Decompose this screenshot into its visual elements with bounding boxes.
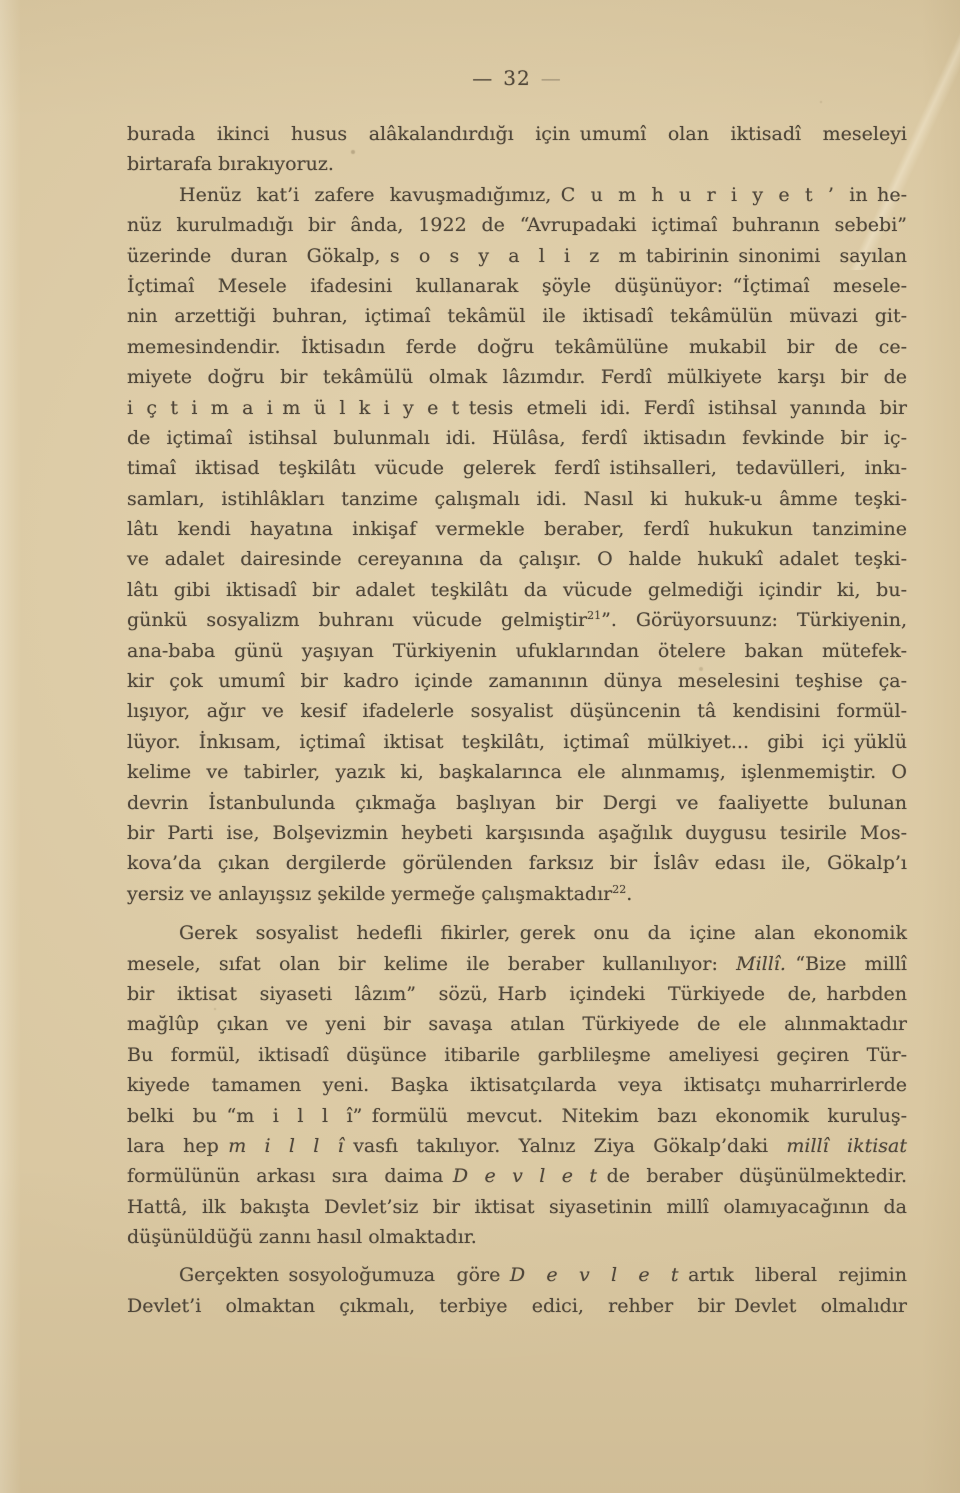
text-line: devrin İstanbulunda çıkmağa başlıyan bir… — [127, 788, 907, 818]
footnote-reference: 21 — [587, 609, 601, 622]
text-line: memesindendir. İktisadın ferde doğru tek… — [127, 332, 907, 362]
text-segment: yersiz ve anlayışsız şekilde yermeğe çal… — [127, 883, 612, 905]
text-line: bir iktisat siyaseti lâzım” sözü, Harb i… — [127, 979, 907, 1009]
text-segment: miyete doğru bir tekâmülü olmak lâzımdır… — [127, 366, 907, 388]
text-line: düşünüldüğü zannı hasıl olmaktadır. — [127, 1222, 907, 1252]
text-segment: ”. Görüyorsuunz: Türkiyenin, — [601, 609, 907, 631]
text-line: Gerçekten sosyoloğumuza göre D e v l e t… — [127, 1260, 907, 1290]
text-segment: memesindendir. İktisadın ferde doğru tek… — [127, 336, 907, 358]
text-segment: birtarafa bırakıyoruz. — [127, 153, 334, 175]
text-line: de içtimaî istihsal bulunmalı idi. Hülâs… — [127, 423, 907, 453]
text-line: Gerek sosyalist hedefli fikirler, gerek … — [127, 918, 907, 948]
text-segment: belki bu “m i l l î” formülü mevcut. Nit… — [127, 1105, 907, 1127]
text-segment: timaî iktisad teşkilâtı vücude gelerek f… — [127, 457, 907, 479]
text-segment: kiyede tamamen yeni. Başka iktisatçılard… — [127, 1074, 907, 1096]
text-segment: lâtı kendi hayatına inkişaf vermekle ber… — [127, 518, 907, 540]
text-segment: düşünüldüğü zannı hasıl olmaktadır. — [127, 1226, 477, 1248]
text-line: samları, istihlâkları tanzime çalışmalı … — [127, 484, 907, 514]
text-segment: millî iktisat — [786, 1135, 907, 1157]
text-segment: de beraber düşünülmektedir. — [597, 1165, 907, 1187]
paragraph: Henüz kat’i zafere kavuşmadığımız, C u m… — [127, 180, 907, 909]
text-line: belki bu “m i l l î” formülü mevcut. Nit… — [127, 1101, 907, 1131]
text-segment: mağlûp çıkan ve yeni bir savaşa atılan T… — [127, 1013, 907, 1035]
text-segment: Henüz kat’i zafere kavuşmadığımız, C u m… — [179, 184, 907, 206]
page-number-dash-left: — — [472, 66, 493, 90]
text-line: ana-baba günü yaşıyan Türkiyenin ufuklar… — [127, 636, 907, 666]
text-segment: bir iktisat siyaseti lâzım” sözü, Harb i… — [127, 983, 907, 1005]
text-line: burada ikinci husus alâkalandırdığı için… — [127, 119, 907, 149]
text-segment: nüz kurulmadığı bir ânda, 1922 de “Avrup… — [127, 214, 907, 236]
text-segment: vasfı takılıyor. Yalnız Ziya Gökalp’daki — [344, 1135, 787, 1157]
text-line: kova’da çıkan dergilerde görülenden fark… — [127, 848, 907, 878]
text-line: lâtı kendi hayatına inkişaf vermekle ber… — [127, 514, 907, 544]
body-text: burada ikinci husus alâkalandırdığı için… — [127, 119, 907, 1321]
text-segment: formülünün arkası sıra daima — [127, 1165, 453, 1187]
text-segment: nin arzettiği buhran, içtimaî tekâmül il… — [127, 305, 907, 327]
text-line: İçtimaî Mesele ifadesini kullanarak şöyl… — [127, 271, 907, 301]
paragraph: Gerek sosyalist hedefli fikirler, gerek … — [127, 918, 907, 1252]
text-line: nüz kurulmadığı bir ânda, 1922 de “Avrup… — [127, 210, 907, 240]
page-number-value: 32 — [493, 66, 540, 90]
scanned-book-page: —32— burada ikinci husus alâkalandırdığı… — [0, 0, 960, 1493]
text-line: yersiz ve anlayışsız şekilde yermeğe çal… — [127, 879, 907, 909]
text-segment: “Bize millî — [786, 953, 907, 975]
text-segment: kova’da çıkan dergilerde görülenden fark… — [127, 852, 907, 874]
text-segment: Bu formül, iktisadî düşünce itibarile ga… — [127, 1044, 907, 1066]
text-segment: Gerek sosyalist hedefli fikirler, gerek … — [179, 922, 907, 944]
text-segment: samları, istihlâkları tanzime çalışmalı … — [127, 488, 907, 510]
text-line: bir Parti ise, Bolşevizmin heybeti karşı… — [127, 818, 907, 848]
text-line: Henüz kat’i zafere kavuşmadığımız, C u m… — [127, 180, 907, 210]
text-segment: m i l l î — [228, 1135, 343, 1157]
text-segment: kelime ve tabirler, yazık ki, başkaların… — [127, 761, 907, 783]
text-line: mesele, sıfat olan bir kelime ile berabe… — [127, 949, 907, 979]
text-segment: D e v l e t — [453, 1165, 597, 1187]
text-segment: Hattâ, ilk bakışta Devlet’siz bir iktisa… — [127, 1196, 907, 1218]
text-segment: Millî. — [736, 953, 786, 975]
footnote-reference: 22 — [612, 883, 626, 896]
text-segment: i ç t i m a i m ü l k i y e t tesis etme… — [127, 397, 907, 419]
text-segment: kir çok umumî bir kadro içinde zamanının… — [127, 670, 907, 692]
page-number-dash-right: — — [541, 66, 562, 90]
text-line: formülünün arkası sıra daima D e v l e t… — [127, 1161, 907, 1191]
paragraph: Gerçekten sosyoloğumuza göre D e v l e t… — [127, 1260, 907, 1321]
text-segment: . — [626, 883, 632, 905]
text-segment: artık liberal rejimin — [679, 1264, 907, 1286]
paper-speckles — [0, 0, 2, 2]
text-segment: üzerinde duran Gökalp, s o s y a l i z m… — [127, 245, 907, 267]
text-segment: ana-baba günü yaşıyan Türkiyenin ufuklar… — [127, 640, 907, 662]
text-segment: lüyor. İnkısam, içtimaî iktisat teşkilât… — [127, 731, 907, 753]
text-segment: lara hep — [127, 1135, 228, 1157]
text-segment: Devlet’i olmaktan çıkmalı, terbiye edici… — [127, 1295, 907, 1317]
text-segment: burada ikinci husus alâkalandırdığı için… — [127, 123, 907, 145]
text-line: Bu formül, iktisadî düşünce itibarile ga… — [127, 1040, 907, 1070]
text-segment: lışıyor, ağır ve kesif ifadelerle sosyal… — [127, 700, 907, 722]
text-line: kelime ve tabirler, yazık ki, başkaların… — [127, 757, 907, 787]
text-line: i ç t i m a i m ü l k i y e t tesis etme… — [127, 393, 907, 423]
text-line: ve adalet dairesinde cereyanına da çalış… — [127, 544, 907, 574]
text-line: lüyor. İnkısam, içtimaî iktisat teşkilât… — [127, 727, 907, 757]
text-line: birtarafa bırakıyoruz. — [127, 149, 907, 179]
text-line: miyete doğru bir tekâmülü olmak lâzımdır… — [127, 362, 907, 392]
text-segment: D e v l e t — [510, 1264, 679, 1286]
text-line: timaî iktisad teşkilâtı vücude gelerek f… — [127, 453, 907, 483]
page-number: —32— — [127, 66, 907, 90]
text-line: günkü sosyalizm buhranı vücude gelmiştir… — [127, 605, 907, 635]
text-segment: ve adalet dairesinde cereyanına da çalış… — [127, 548, 907, 570]
text-line: kiyede tamamen yeni. Başka iktisatçılard… — [127, 1070, 907, 1100]
text-line: üzerinde duran Gökalp, s o s y a l i z m… — [127, 241, 907, 271]
text-segment: Gerçekten sosyoloğumuza göre — [179, 1264, 510, 1286]
text-segment: bir Parti ise, Bolşevizmin heybeti karşı… — [127, 822, 907, 844]
text-segment: mesele, sıfat olan bir kelime ile berabe… — [127, 953, 736, 975]
paragraph: burada ikinci husus alâkalandırdığı için… — [127, 119, 907, 180]
text-line: nin arzettiği buhran, içtimaî tekâmül il… — [127, 301, 907, 331]
text-segment: de içtimaî istihsal bulunmalı idi. Hülâs… — [127, 427, 907, 449]
text-segment: devrin İstanbulunda çıkmağa başlıyan bir… — [127, 792, 907, 814]
text-line: kir çok umumî bir kadro içinde zamanının… — [127, 666, 907, 696]
text-line: Devlet’i olmaktan çıkmalı, terbiye edici… — [127, 1291, 907, 1321]
text-segment: günkü sosyalizm buhranı vücude gelmiştir — [127, 609, 587, 631]
text-line: lâtı gibi iktisadî bir adalet teşkilâtı … — [127, 575, 907, 605]
text-line: Hattâ, ilk bakışta Devlet’siz bir iktisa… — [127, 1192, 907, 1222]
text-line: lara hep m i l l î vasfı takılıyor. Yaln… — [127, 1131, 907, 1161]
text-line: lışıyor, ağır ve kesif ifadelerle sosyal… — [127, 696, 907, 726]
text-segment: lâtı gibi iktisadî bir adalet teşkilâtı … — [127, 579, 907, 601]
text-line: mağlûp çıkan ve yeni bir savaşa atılan T… — [127, 1009, 907, 1039]
text-segment: İçtimaî Mesele ifadesini kullanarak şöyl… — [127, 275, 907, 297]
